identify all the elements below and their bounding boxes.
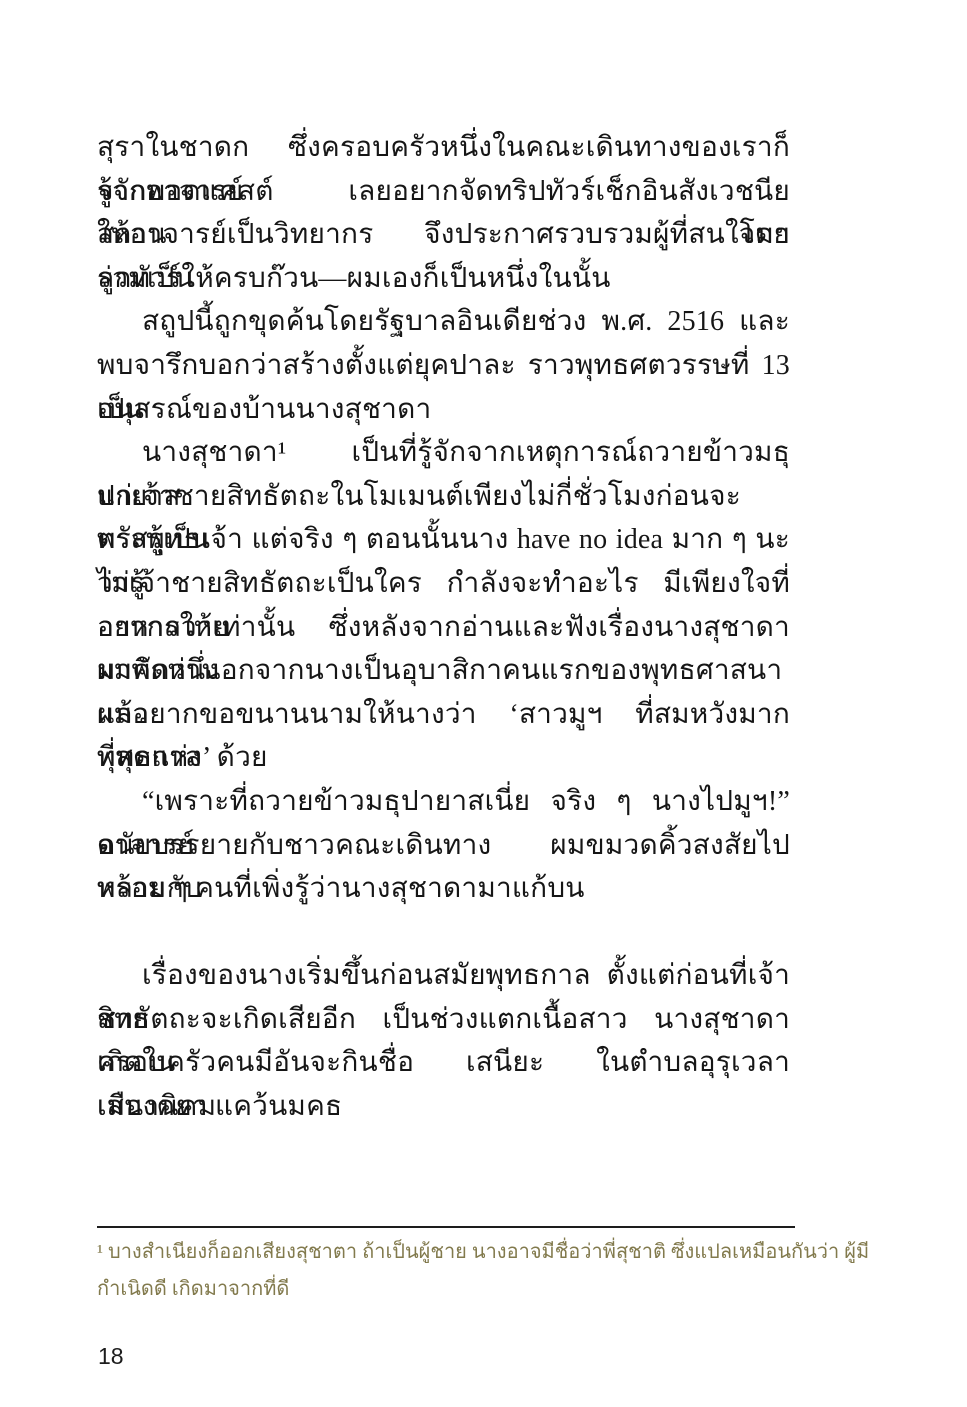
text-line: ดนัยบรรยายกับชาวคณะเดินทาง ผมขมวดคิ้วสงส… xyxy=(97,824,790,868)
paragraph: นางสุชาดา¹ เป็นที่รู้จักจากเหตุการณ์ถวาย… xyxy=(97,431,790,780)
text-line: ผมคิดว่านอกจากนางเป็นอุบาสิกาคนแรกของพุท… xyxy=(97,649,790,693)
text-line: ครอบครัวคนมีอันจะกินชื่อ เสนียะ ในตำบลอุ… xyxy=(97,1041,790,1085)
text-line: หลาย ๆ คนที่เพิ่งรู้ว่านางสุชาดามาแก้บน xyxy=(97,867,790,911)
text-line: สุราในชาดก ซึ่งครอบครัวหนึ่งในคณะเดินทาง… xyxy=(97,126,790,170)
paragraph: สุราในชาดก ซึ่งครอบครัวหนึ่งในคณะเดินทาง… xyxy=(97,126,790,300)
text-line: พบจารึกบอกว่าสร้างตั้งแต่ยุคปาละ ราวพุทธ… xyxy=(97,344,790,388)
text-line: จากพอดแคสต์ เลยอยากจัดทริปทัวร์เช็กอินสั… xyxy=(97,170,790,214)
text-line: เรื่องของนางเริ่มขึ้นก่อนสมัยพุทธกาล ตั้… xyxy=(97,954,790,998)
footnote: ¹ บางสำเนียงก็ออกเสียงสุชาตา ถ้าเป็นผู้ช… xyxy=(97,1234,797,1308)
footnote-divider xyxy=(97,1226,795,1228)
text-line: “เพราะที่ถวายข้าวมธุปายาสเนี่ย จริง ๆ นา… xyxy=(97,780,790,824)
text-line: สิทธัตถะจะเกิดเสียอีก เป็นช่วงแตกเนื้อสา… xyxy=(97,998,790,1042)
text-line: ผมอยากขอขนานนามให้นางว่า ‘สาวมูฯ ที่สมหว… xyxy=(97,693,790,737)
text-line: ลูกทัวร์ให้ครบก๊วน—ผมเองก็เป็นหนึ่งในนั้… xyxy=(97,257,790,301)
section-break xyxy=(97,911,790,955)
text-line: เมืองคยา แคว้นมคธ xyxy=(97,1085,790,1129)
text-line: อาหารให้เท่านั้น ซึ่งหลังจากอ่านและฟังเร… xyxy=(97,606,790,650)
page-number: 18 xyxy=(98,1342,124,1370)
book-page: สุราในชาดก ซึ่งครอบครัวหนึ่งในคณะเดินทาง… xyxy=(0,0,967,1407)
paragraph: เรื่องของนางเริ่มขึ้นก่อนสมัยพุทธกาล ตั้… xyxy=(97,954,790,1128)
text-line: ว่าเจ้าชายสิทธัตถะเป็นใคร กำลังจะทำอะไร … xyxy=(97,562,790,606)
footnote-line: กำเนิดดี เกิดมาจากที่ดี xyxy=(97,1271,797,1308)
text-line: ให้อาจารย์เป็นวิทยากร จึงประกาศรวบรวมผู้… xyxy=(97,213,790,257)
paragraph: สถูปนี้ถูกขุดค้นโดยรัฐบาลอินเดียช่วง พ.ศ… xyxy=(97,300,790,431)
text-line: สถูปนี้ถูกขุดค้นโดยรัฐบาลอินเดียช่วง พ.ศ… xyxy=(97,300,790,344)
text-line: พุทธกาล’ ด้วย xyxy=(97,736,790,780)
footnote-line: ¹ บางสำเนียงก็ออกเสียงสุชาตา ถ้าเป็นผู้ช… xyxy=(97,1234,797,1271)
body-text: สุราในชาดก ซึ่งครอบครัวหนึ่งในคณะเดินทาง… xyxy=(97,126,790,1129)
paragraph: “เพราะที่ถวายข้าวมธุปายาสเนี่ย จริง ๆ นา… xyxy=(97,780,790,911)
text-line: นางสุชาดา¹ เป็นที่รู้จักจากเหตุการณ์ถวาย… xyxy=(97,431,790,475)
text-line: แก่เจ้าชายสิทธัตถะในโมเมนต์เพียงไม่กี่ชั… xyxy=(97,475,790,519)
text-line: พระพุทธเจ้า แต่จริง ๆ ตอนนั้นนาง have no… xyxy=(97,518,790,562)
text-line: อนุสรณ์ของบ้านนางสุชาดา xyxy=(97,388,790,432)
